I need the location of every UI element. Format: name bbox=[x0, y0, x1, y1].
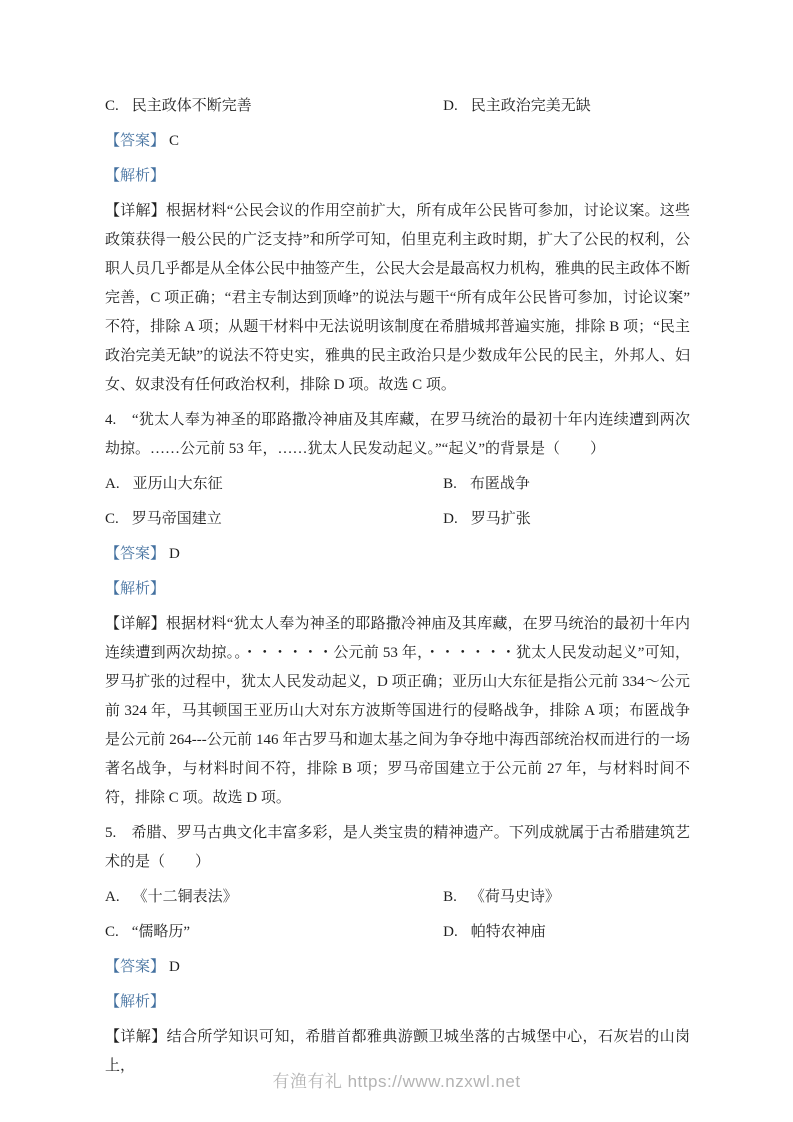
option-letter: B. bbox=[443, 889, 457, 905]
option-letter: B. bbox=[443, 476, 457, 492]
option-text: 《荷马史诗》 bbox=[470, 889, 560, 905]
question-5-options-row-ab: A.《十二铜表法》 B.《荷马史诗》 bbox=[105, 883, 690, 912]
question-4-option-c: C.罗马帝国建立 bbox=[105, 505, 443, 534]
detail-label: 【详解】 bbox=[105, 203, 166, 219]
option-letter: C. bbox=[105, 98, 119, 114]
option-text: 民主政治完美无缺 bbox=[471, 98, 591, 114]
question-5-option-b: B.《荷马史诗》 bbox=[443, 883, 690, 912]
analysis-label: 【解析】 bbox=[105, 994, 165, 1010]
option-letter: C. bbox=[105, 511, 119, 527]
question-3-block: C.民主政体不断完善 D.民主政治完美无缺 【答案】C 【解析】 【详解】根据材… bbox=[105, 92, 690, 400]
option-letter: A. bbox=[105, 889, 120, 905]
detail-label: 【详解】 bbox=[105, 616, 166, 632]
option-text: 帕特农神庙 bbox=[471, 924, 546, 940]
option-text: 亚历山大东征 bbox=[133, 476, 223, 492]
answer-label: 【答案】 bbox=[105, 546, 165, 562]
option-text: 罗马帝国建立 bbox=[132, 511, 222, 527]
question-4-option-d: D.罗马扩张 bbox=[443, 505, 690, 534]
answer-value: D bbox=[169, 959, 180, 975]
question-4-option-b: B.布匿战争 bbox=[443, 470, 690, 499]
option-text: 《十二铜表法》 bbox=[133, 889, 238, 905]
question-3-option-d: D.民主政治完美无缺 bbox=[443, 92, 690, 121]
option-text: “儒略历” bbox=[132, 924, 190, 940]
option-letter: A. bbox=[105, 476, 120, 492]
question-3-analysis-line: 【解析】 bbox=[105, 162, 690, 191]
question-5-option-a: A.《十二铜表法》 bbox=[105, 883, 443, 912]
question-3-answer-line: 【答案】C bbox=[105, 127, 690, 156]
question-3-option-c: C.民主政体不断完善 bbox=[105, 92, 443, 121]
answer-value: D bbox=[169, 546, 180, 562]
question-4-options-row-ab: A.亚历山大东征 B.布匿战争 bbox=[105, 470, 690, 499]
answer-value: C bbox=[169, 133, 179, 149]
detail-text: 根据材料“犹太人奉为神圣的耶路撒冷神庙及其库藏，在罗马统治的最初十年内连续遭到两… bbox=[105, 616, 690, 806]
question-5-answer-line: 【答案】D bbox=[105, 953, 690, 982]
detail-text: 根据材料“公民会议的作用空前扩大，所有成年公民皆可参加，讨论议案。这些政策获得一… bbox=[105, 203, 690, 393]
footer-watermark: 有渔有礼 https://www.nzxwl.net bbox=[0, 1067, 793, 1092]
question-4-answer-line: 【答案】D bbox=[105, 540, 690, 569]
question-4-analysis-line: 【解析】 bbox=[105, 575, 690, 604]
question-5-analysis-line: 【解析】 bbox=[105, 988, 690, 1017]
answer-label: 【答案】 bbox=[105, 959, 165, 975]
option-text: 罗马扩张 bbox=[471, 511, 531, 527]
option-text: 布匿战争 bbox=[470, 476, 530, 492]
question-3-detail-paragraph: 【详解】根据材料“公民会议的作用空前扩大，所有成年公民皆可参加，讨论议案。这些政… bbox=[105, 197, 690, 400]
question-5-options-row-cd: C.“儒略历” D.帕特农神庙 bbox=[105, 918, 690, 947]
option-letter: D. bbox=[443, 98, 458, 114]
exam-page: C.民主政体不断完善 D.民主政治完美无缺 【答案】C 【解析】 【详解】根据材… bbox=[0, 0, 793, 1122]
question-4-options-row-cd: C.罗马帝国建立 D.罗马扩张 bbox=[105, 505, 690, 534]
question-5-stem: 5. 希腊、罗马古典文化丰富多彩，是人类宝贵的精神遗产。下列成就属于古希腊建筑艺… bbox=[105, 819, 690, 877]
option-text: 民主政体不断完善 bbox=[132, 98, 252, 114]
question-4-option-a: A.亚历山大东征 bbox=[105, 470, 443, 499]
analysis-label: 【解析】 bbox=[105, 581, 165, 597]
document-content: C.民主政体不断完善 D.民主政治完美无缺 【答案】C 【解析】 【详解】根据材… bbox=[0, 0, 793, 1081]
question-5-option-c: C.“儒略历” bbox=[105, 918, 443, 947]
detail-label: 【详解】 bbox=[105, 1029, 167, 1045]
question-4-block: 4. “犹太人奉为神圣的耶路撒冷神庙及其库藏，在罗马统治的最初十年内连续遭到两次… bbox=[105, 406, 690, 813]
answer-label: 【答案】 bbox=[105, 133, 165, 149]
analysis-label: 【解析】 bbox=[105, 168, 165, 184]
question-5-option-d: D.帕特农神庙 bbox=[443, 918, 690, 947]
option-letter: D. bbox=[443, 511, 458, 527]
option-letter: C. bbox=[105, 924, 119, 940]
question-3-options-row: C.民主政体不断完善 D.民主政治完美无缺 bbox=[105, 92, 690, 121]
option-letter: D. bbox=[443, 924, 458, 940]
question-4-stem: 4. “犹太人奉为神圣的耶路撒冷神庙及其库藏，在罗马统治的最初十年内连续遭到两次… bbox=[105, 406, 690, 464]
question-4-detail-paragraph: 【详解】根据材料“犹太人奉为神圣的耶路撒冷神庙及其库藏，在罗马统治的最初十年内连… bbox=[105, 610, 690, 813]
question-5-block: 5. 希腊、罗马古典文化丰富多彩，是人类宝贵的精神遗产。下列成就属于古希腊建筑艺… bbox=[105, 819, 690, 1081]
